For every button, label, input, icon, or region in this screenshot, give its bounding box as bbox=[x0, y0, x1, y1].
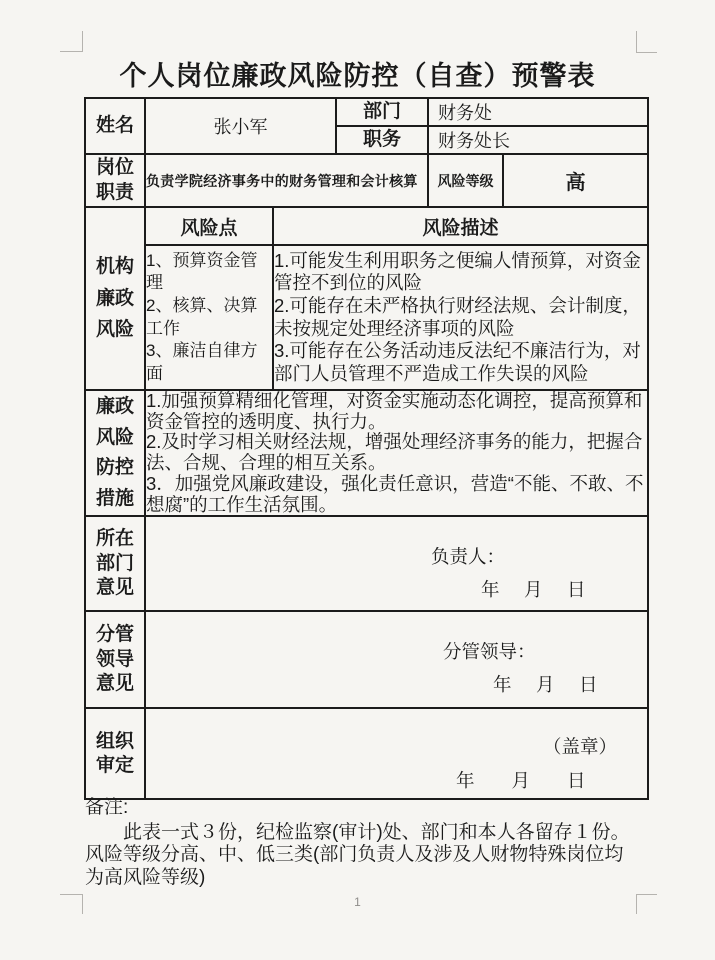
department-opinion-cell: 负责人： 年 月 日 bbox=[145, 516, 648, 611]
risk-control-form-table: 姓名 张小军 部门 财务处 职务 财务处长 岗位 职责 负责学院经济事务中的财务… bbox=[84, 97, 649, 800]
name-label: 姓名 bbox=[85, 98, 145, 154]
row-duty: 岗位 职责 负责学院经济事务中的财务管理和会计核算 风险等级 高 bbox=[85, 154, 648, 207]
org-risk-label: 机构 廉政 风险 bbox=[85, 207, 145, 390]
duty-value: 负责学院经济事务中的财务管理和会计核算 bbox=[145, 154, 428, 207]
org-review-date-line: 年 月 日 bbox=[456, 767, 647, 793]
org-review-label: 组织 审定 bbox=[85, 708, 145, 799]
department-opinion-date-line: 年 月 日 bbox=[481, 576, 647, 602]
risk-desc-header: 风险描述 bbox=[273, 207, 648, 245]
measures-list: 1.加强预算精细化管理，对资金实施动态化调控，提高预算和资金管控的透明度、执行力… bbox=[145, 390, 648, 516]
department-opinion-label: 所在 部门 意见 bbox=[85, 516, 145, 611]
department-opinion-signature-area: 负责人： 年 月 日 bbox=[146, 518, 647, 609]
responsible-person-line: 负责人： bbox=[431, 543, 647, 569]
measures-label: 廉政 风险 防控 措施 bbox=[85, 390, 145, 516]
leader-opinion-signature-area: 分管领导： 年 月 日 bbox=[146, 613, 647, 706]
seal-placeholder: （盖章） bbox=[543, 733, 647, 759]
risk-level-label: 风险等级 bbox=[428, 154, 503, 207]
document-page: 个人岗位廉政风险防控（自查）预警表 姓名 张小军 部门 财务处 职务 财务处长 … bbox=[0, 0, 715, 960]
row-org-review: 组织 审定 （盖章） 年 月 日 bbox=[85, 708, 648, 799]
row-department-opinion: 所在 部门 意见 负责人： 年 月 日 bbox=[85, 516, 648, 611]
row-risk-content: 1、预算资金管理 2、核算、决算工作 3、廉洁自律方面 1.可能发生利用职务之便… bbox=[85, 245, 648, 390]
department-value: 财务处 bbox=[428, 98, 648, 126]
remarks-label: 备注: bbox=[85, 797, 648, 820]
leader-opinion-cell: 分管领导： 年 月 日 bbox=[145, 611, 648, 708]
position-label: 职务 bbox=[336, 126, 428, 154]
remarks-text: 此表一式３份，纪检监察(审计)处、部门和本人各留存１份。风险等级分高、中、低三类… bbox=[85, 822, 648, 890]
risk-descriptions-list: 1.可能发生利用职务之便编人情预算，对资金管控不到位的风险 2.可能存在未严格执… bbox=[273, 245, 648, 390]
leader-opinion-date-line: 年 月 日 bbox=[493, 671, 647, 697]
risk-point-header: 风险点 bbox=[145, 207, 273, 245]
duty-label: 岗位 职责 bbox=[85, 154, 145, 207]
remarks-section: 备注: 此表一式３份，纪检监察(审计)处、部门和本人各留存１份。风险等级分高、中… bbox=[85, 797, 648, 889]
row-name-department: 姓名 张小军 部门 财务处 bbox=[85, 98, 648, 126]
page-corner-mark-top-left bbox=[60, 31, 83, 52]
org-review-cell: （盖章） 年 月 日 bbox=[145, 708, 648, 799]
row-leader-opinion: 分管 领导 意见 分管领导： 年 月 日 bbox=[85, 611, 648, 708]
name-value: 张小军 bbox=[145, 98, 336, 154]
org-review-signature-area: （盖章） 年 月 日 bbox=[146, 710, 647, 797]
page-number: 1 bbox=[0, 895, 715, 909]
risk-level-value: 高 bbox=[503, 154, 648, 207]
leader-signer-line: 分管领导： bbox=[443, 638, 647, 664]
department-label: 部门 bbox=[336, 98, 428, 126]
risk-points-list: 1、预算资金管理 2、核算、决算工作 3、廉洁自律方面 bbox=[145, 245, 273, 390]
leader-opinion-label: 分管 领导 意见 bbox=[85, 611, 145, 708]
page-corner-mark-top-right bbox=[636, 31, 657, 53]
position-value: 财务处长 bbox=[428, 126, 648, 154]
row-risk-header: 机构 廉政 风险 风险点 风险描述 bbox=[85, 207, 648, 245]
row-measures: 廉政 风险 防控 措施 1.加强预算精细化管理，对资金实施动态化调控，提高预算和… bbox=[85, 390, 648, 516]
form-title: 个人岗位廉政风险防控（自查）预警表 bbox=[0, 54, 715, 93]
